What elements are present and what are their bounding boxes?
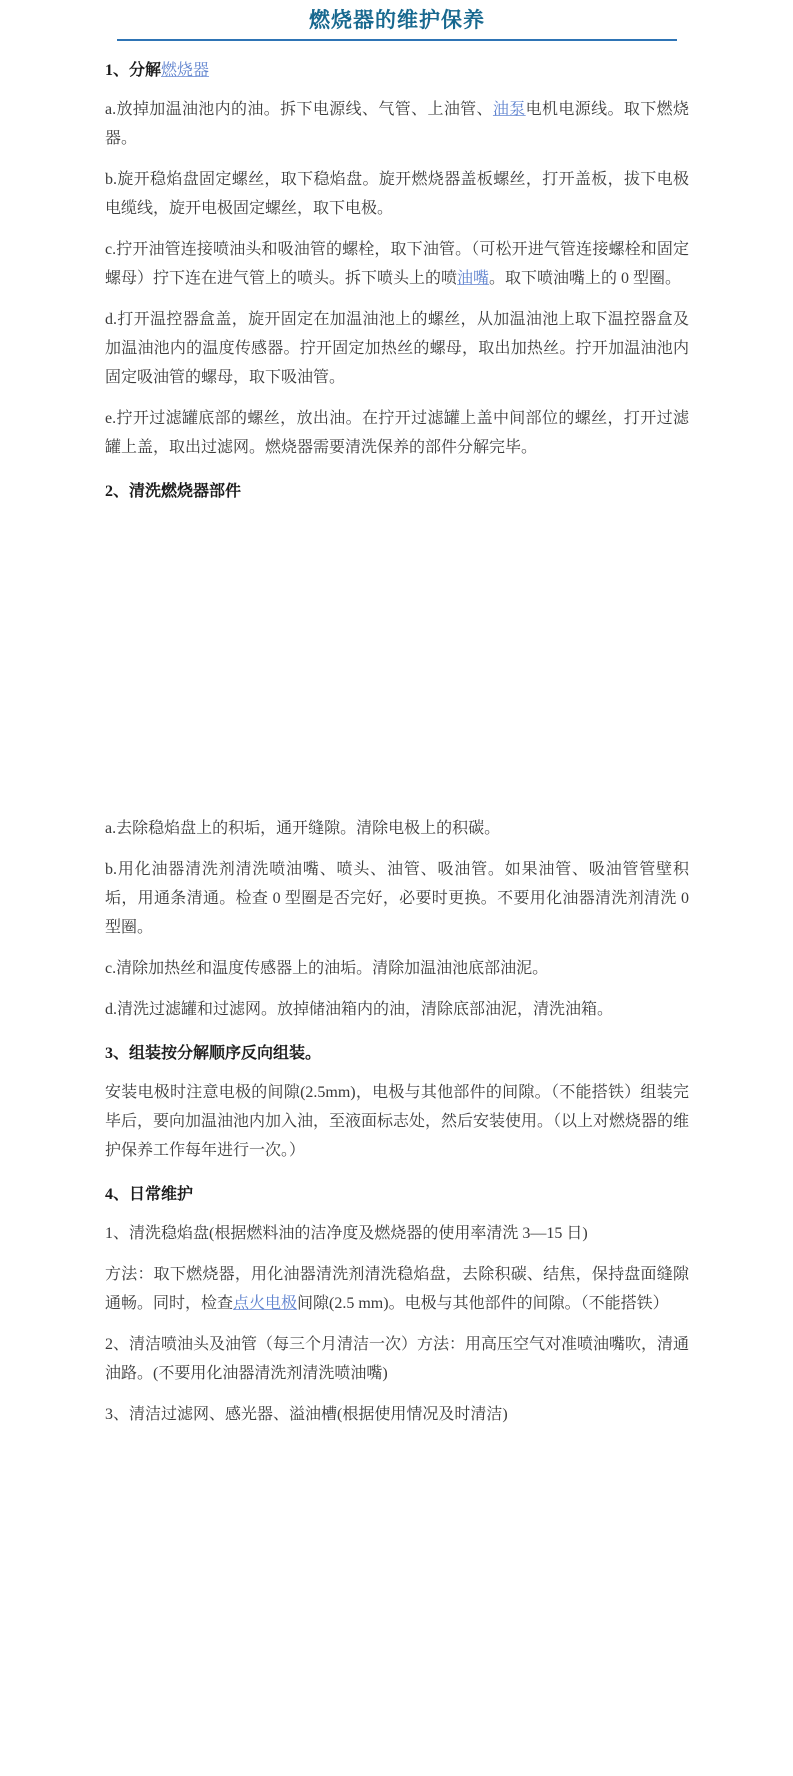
paragraph-2b-text: b.用化油器清洗剂清洗喷油嘴、喷头、油管、吸油管。如果油管、吸油管管壁积垢，用通… xyxy=(105,861,689,936)
section-heading-3-text: 3、组装按分解顺序反向组装。 xyxy=(105,1045,321,1062)
paragraph-3-text: 安装电极时注意电极的间隙(2.5mm)，电极与其他部件的间隙。（不能搭铁）组装完… xyxy=(105,1084,689,1159)
paragraph-1c-text-tail: 。取下喷油嘴上的 0 型圈。 xyxy=(489,270,681,287)
section-heading-2: 2、清洗燃烧器部件 xyxy=(105,480,689,504)
paragraph-4-3: 2、清洁喷油头及油管（每三个月清洁一次）方法：用高压空气对准喷油嘴吹，清通油路。… xyxy=(105,1330,689,1388)
link-youzui[interactable]: 油嘴 xyxy=(457,270,489,287)
paragraph-2a-text: a.去除稳焰盘上的积垢，通开缝隙。清除电极上的积碳。 xyxy=(105,820,500,837)
section-heading-4: 4、日常维护 xyxy=(105,1183,689,1207)
section-heading-4-text: 4、日常维护 xyxy=(105,1186,193,1203)
paragraph-2c: c.清除加热丝和温度传感器上的油垢。清除加温油池底部油泥。 xyxy=(105,954,689,983)
link-youbeng[interactable]: 油泵 xyxy=(493,101,526,118)
paragraph-4-1-text: 1、清洗稳焰盘(根据燃料油的洁净度及燃烧器的使用率清洗 3—15 日) xyxy=(105,1225,588,1242)
title-block: 燃烧器的维护保养 xyxy=(117,6,677,41)
paragraph-1b: b.旋开稳焰盘固定螺丝，取下稳焰盘。旋开燃烧器盖板螺丝，打开盖板，拔下电极电缆线… xyxy=(105,165,689,223)
paragraph-2b: b.用化油器清洗剂清洗喷油嘴、喷头、油管、吸油管。如果油管、吸油管管壁积垢，用通… xyxy=(105,855,689,942)
section-heading-3: 3、组装按分解顺序反向组装。 xyxy=(105,1042,689,1066)
section-heading-1: 1、分解燃烧器 xyxy=(105,59,689,83)
link-ranshaoqi[interactable]: 燃烧器 xyxy=(161,62,209,79)
page-title: 燃烧器的维护保养 xyxy=(309,8,485,32)
paragraph-1c: c.拧开油管连接喷油头和吸油管的螺栓，取下油管。（可松开进气管连接螺栓和固定螺母… xyxy=(105,235,689,293)
link-dianhuo-dianji[interactable]: 点火电极 xyxy=(233,1295,297,1312)
paragraph-4-2: 方法：取下燃烧器，用化油器清洗剂清洗稳焰盘，去除积碳、结焦，保持盘面缝隙通畅。同… xyxy=(105,1260,689,1318)
paragraph-1e-text: e.拧开过滤罐底部的螺丝，放出油。在拧开过滤罐上盖中间部位的螺丝，打开过滤罐上盖… xyxy=(105,410,689,456)
paragraph-1e: e.拧开过滤罐底部的螺丝，放出油。在拧开过滤罐上盖中间部位的螺丝，打开过滤罐上盖… xyxy=(105,404,689,462)
blank-image-area xyxy=(105,516,689,802)
document-page: 燃烧器的维护保养 1、分解燃烧器 a.放掉加温油池内的油。拆下电源线、气管、上油… xyxy=(0,0,793,1429)
paragraph-1a: a.放掉加温油池内的油。拆下电源线、气管、上油管、油泵电机电源线。取下燃烧器。 xyxy=(105,95,689,153)
paragraph-1b-text: b.旋开稳焰盘固定螺丝，取下稳焰盘。旋开燃烧器盖板螺丝，打开盖板，拔下电极电缆线… xyxy=(105,171,689,217)
paragraph-1d-text: d.打开温控器盒盖，旋开固定在加温油池上的螺丝，从加温油池上取下温控器盒及加温油… xyxy=(105,311,689,386)
paragraph-4-4: 3、清洁过滤网、感光器、溢油槽(根据使用情况及时清洁) xyxy=(105,1400,689,1429)
paragraph-2d-text: d.清洗过滤罐和过滤网。放掉储油箱内的油，清除底部油泥，清洗油箱。 xyxy=(105,1001,613,1018)
paragraph-4-4-text: 3、清洁过滤网、感光器、溢油槽(根据使用情况及时清洁) xyxy=(105,1406,508,1423)
paragraph-2d: d.清洗过滤罐和过滤网。放掉储油箱内的油，清除底部油泥，清洗油箱。 xyxy=(105,995,689,1024)
paragraph-1a-text: a.放掉加温油池内的油。拆下电源线、气管、上油管、 xyxy=(105,101,493,118)
paragraph-2a: a.去除稳焰盘上的积垢，通开缝隙。清除电极上的积碳。 xyxy=(105,814,689,843)
paragraph-4-1: 1、清洗稳焰盘(根据燃料油的洁净度及燃烧器的使用率清洗 3—15 日) xyxy=(105,1219,689,1248)
section-heading-2-text: 2、清洗燃烧器部件 xyxy=(105,483,241,500)
paragraph-2c-text: c.清除加热丝和温度传感器上的油垢。清除加温油池底部油泥。 xyxy=(105,960,548,977)
paragraph-4-2-text-tail: 间隙(2.5 mm)。电极与其他部件的间隙。（不能搭铁） xyxy=(297,1295,669,1312)
paragraph-4-3-text: 2、清洁喷油头及油管（每三个月清洁一次）方法：用高压空气对准喷油嘴吹，清通油路。… xyxy=(105,1336,689,1382)
section-heading-1-text: 1、分解 xyxy=(105,62,161,79)
paragraph-3: 安装电极时注意电极的间隙(2.5mm)，电极与其他部件的间隙。（不能搭铁）组装完… xyxy=(105,1078,689,1165)
paragraph-1d: d.打开温控器盒盖，旋开固定在加温油池上的螺丝，从加温油池上取下温控器盒及加温油… xyxy=(105,305,689,392)
